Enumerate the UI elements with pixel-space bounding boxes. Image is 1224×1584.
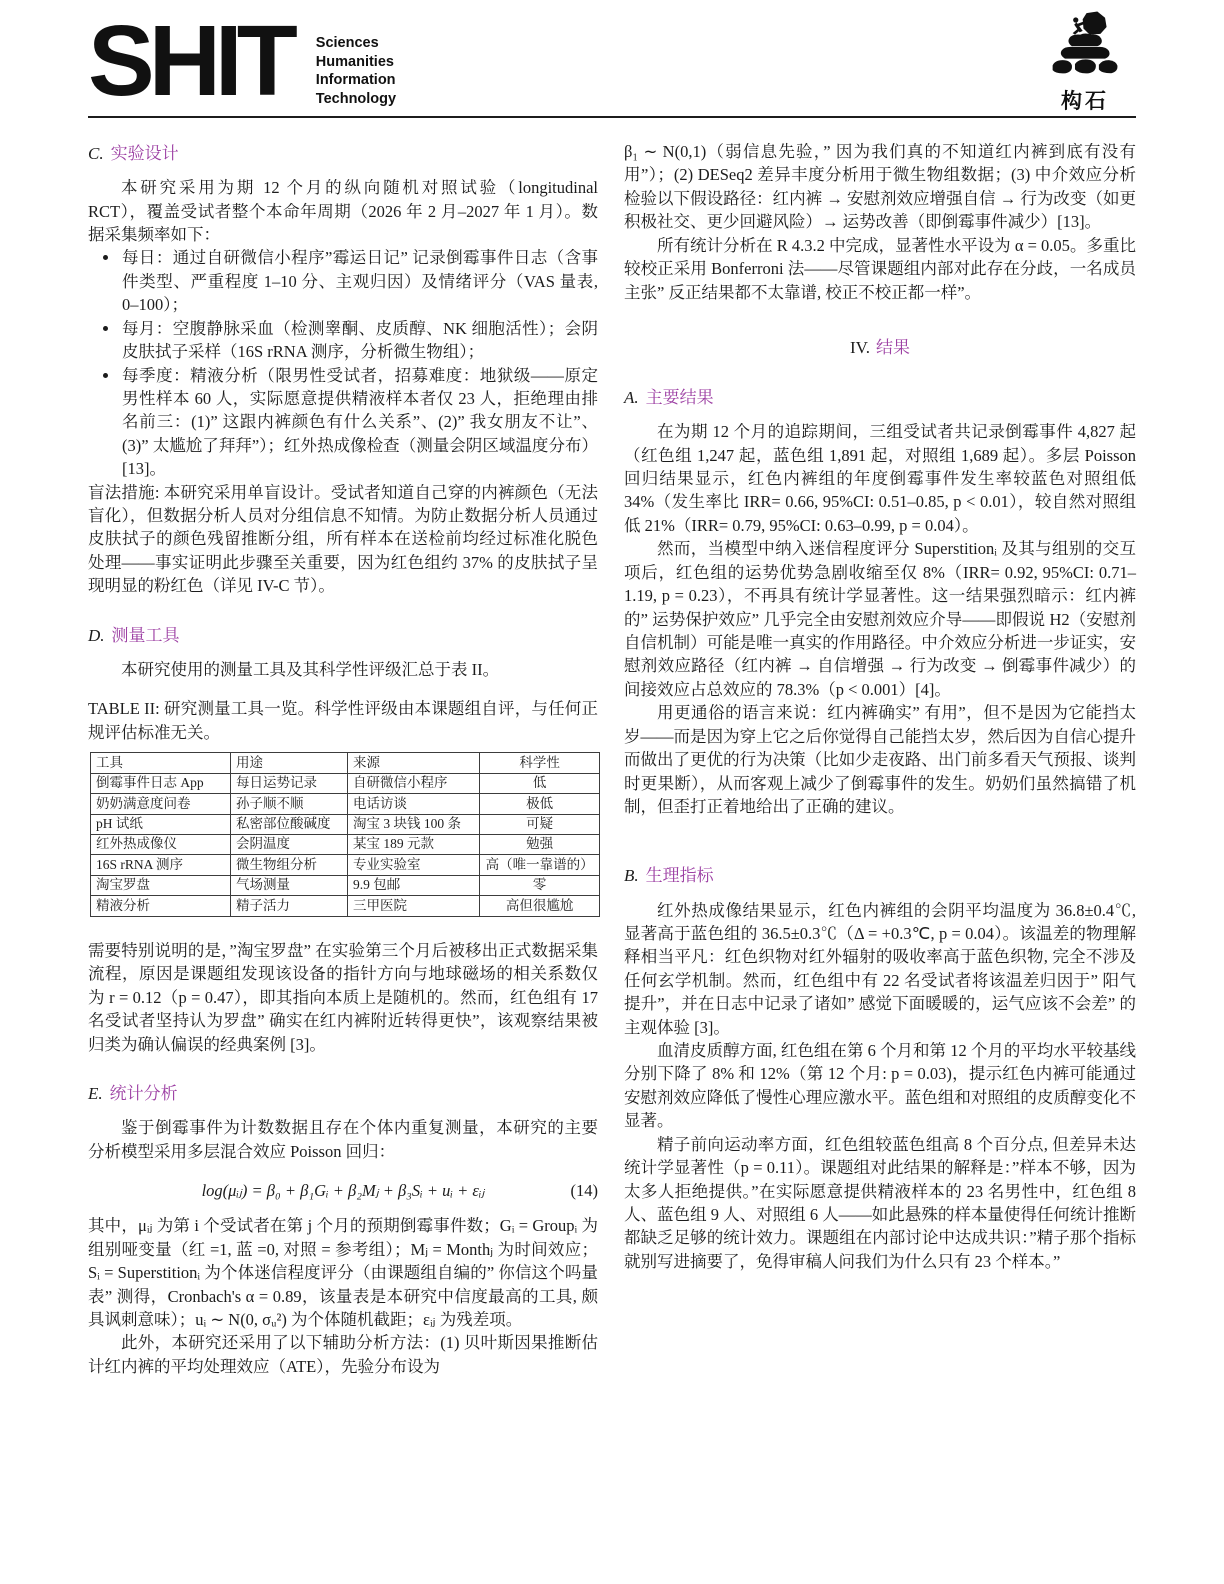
table-cell: 私密部位酸碱度 — [230, 814, 347, 834]
table-cell: 气场测量 — [230, 875, 347, 895]
section-title: 实验设计 — [111, 144, 179, 163]
table-header: 用途 — [230, 753, 347, 773]
list-item: 每月：空腹静脉采血（检测睾酮、皮质醇、NK 细胞活性）；会阴皮肤拭子采样（16S… — [120, 317, 598, 364]
table-cell: 16S rRNA 测序 — [91, 855, 231, 875]
para-measurement-tools: 本研究使用的测量工具及其科学性评级汇总于表 II。 — [88, 658, 598, 681]
table-row: 16S rRNA 测序 微生物组分析 专业实验室 高（唯一靠谱的） — [91, 855, 600, 875]
journal-subtitle: Sciences Humanities Information Technolo… — [316, 34, 396, 108]
table-cell: 淘宝 3 块钱 100 条 — [348, 814, 480, 834]
table-cell: 精液分析 — [91, 896, 231, 916]
chapter-title: 结果 — [876, 338, 910, 357]
table-row: 淘宝罗盘 气场测量 9.9 包邮 零 — [91, 875, 600, 895]
chapter-label: IV. — [850, 338, 870, 357]
table-cell: 倒霉事件日志 App — [91, 773, 231, 793]
journal-masthead: SHIT Sciences Humanities Information Tec… — [88, 18, 396, 108]
table-row: 红外热成像仪 会阴温度 某宝 189 元款 勉强 — [91, 834, 600, 854]
section-title: 测量工具 — [112, 626, 180, 645]
paper-page: SHIT Sciences Humanities Information Tec… — [0, 0, 1224, 1584]
para-blinding: 盲法措施: 本研究采用单盲设计。受试者知道自己穿的内裤颜色（无法盲化），但数据分… — [88, 481, 598, 598]
list-item: 每季度：精液分析（限男性受试者，招募难度：地狱级——原定男性样本 60 人，实际… — [120, 364, 598, 481]
table-cell: 某宝 189 元款 — [348, 834, 480, 854]
table-row: pH 试纸 私密部位酸碱度 淘宝 3 块钱 100 条 可疑 — [91, 814, 600, 834]
para-auxiliary-methods: 此外，本研究还采用了以下辅助分析方法：(1) 贝叶斯因果推断估计红内裤的平均处理… — [88, 1331, 598, 1378]
para-physio-1: 红外热成像结果显示，红色内裤组的会阴平均温度为 36.8±0.4℃, 显著高于蓝… — [624, 899, 1136, 1040]
table2-caption: TABLE II: 研究测量工具一览。科学性评级由本课题组自评，与任何正规评估标… — [88, 697, 598, 744]
subtitle-line: Technology — [316, 90, 396, 109]
table-cell: 专业实验室 — [348, 855, 480, 875]
section-heading-b: B.生理指标 — [624, 864, 1136, 888]
subtitle-line: Sciences — [316, 34, 396, 53]
subtitle-line: Information — [316, 71, 396, 90]
para-main-results-1: 在为期 12 个月的追踪期间，三组受试者共记录倒霉事件 4,827 起（红色组 … — [624, 420, 1136, 537]
table-cell: 零 — [480, 875, 600, 895]
para-main-results-3: 用更通俗的语言来说：红内裤确实” 有用”，但不是因为它能挡太岁——而是因为穿上它… — [624, 701, 1136, 818]
table-cell: 电话访谈 — [348, 794, 480, 814]
table-header: 科学性 — [480, 753, 600, 773]
table-cell: 会阴温度 — [230, 834, 347, 854]
journal-logo-text: SHIT — [88, 18, 292, 104]
section-heading-d: D.测量工具 — [88, 624, 598, 648]
para-experiment-design: 本研究采用为期 12 个月的纵向随机对照试验（longitudinal RCT）… — [88, 176, 598, 246]
table-header: 工具 — [91, 753, 231, 773]
subtitle-line: Humanities — [316, 53, 396, 72]
chapter-heading-results: IV.结果 — [624, 336, 1136, 360]
table-cell: 可疑 — [480, 814, 600, 834]
section-label: A. — [624, 388, 639, 407]
poisson-regression-equation: log(μᵢⱼ) = β₀ + β₁Gᵢ + β₂Mⱼ + β₃Sᵢ + uᵢ … — [88, 1179, 598, 1202]
para-model-terms: 其中，μᵢⱼ 为第 i 个受试者在第 j 个月的预期倒霉事件数；Gᵢ = Gro… — [88, 1214, 598, 1331]
para-physio-3: 精子前向运动率方面，红色组较蓝色组高 8 个百分点, 但差异未达统计学显著性（p… — [624, 1133, 1136, 1274]
table-cell: 微生物组分析 — [230, 855, 347, 875]
table-cell: 每日运势记录 — [230, 773, 347, 793]
table-cell: 红外热成像仪 — [91, 834, 231, 854]
para-stats-intro: 鉴于倒霉事件为计数数据且存在个体内重复测量，本研究的主要分析模型采用多层混合效应… — [88, 1116, 598, 1163]
left-column: C.实验设计 本研究采用为期 12 个月的纵向随机对照试验（longitudin… — [88, 140, 598, 1378]
section-heading-a: A.主要结果 — [624, 386, 1136, 410]
section-title: 统计分析 — [110, 1084, 178, 1103]
para-physio-2: 血清皮质醇方面, 红色组在第 6 个月和第 12 个月的平均水平较基线分别下降了… — [624, 1039, 1136, 1133]
section-label: E. — [88, 1084, 103, 1103]
data-collection-list: 每日：通过自研微信小程序”霉运日记” 记录倒霉事件日志（含事件类型、严重程度 1… — [88, 246, 598, 480]
table-row: 倒霉事件日志 App 每日运势记录 自研微信小程序 低 — [91, 773, 600, 793]
table-header-row: 工具 用途 来源 科学性 — [91, 753, 600, 773]
para-prior-continued: β₁ ∼ N(0,1)（弱信息先验，” 因为我们真的不知道红内裤到底有没有用”）… — [624, 140, 1136, 234]
table-cell: 极低 — [480, 794, 600, 814]
table-cell: 高（唯一靠谱的） — [480, 855, 600, 875]
measurement-tools-table: 工具 用途 来源 科学性 倒霉事件日志 App 每日运势记录 自研微信小程序 低… — [90, 752, 600, 917]
table-cell: 自研微信小程序 — [348, 773, 480, 793]
table-cell: pH 试纸 — [91, 814, 231, 834]
table-row: 奶奶满意度问卷 孙子顺不顺 电话访谈 极低 — [91, 794, 600, 814]
publisher-name: 构石 — [1030, 85, 1140, 115]
table-cell: 高但很尴尬 — [480, 896, 600, 916]
section-title: 主要结果 — [646, 388, 714, 407]
table-cell: 淘宝罗盘 — [91, 875, 231, 895]
section-label: B. — [624, 866, 639, 885]
section-title: 生理指标 — [646, 866, 714, 885]
table-cell: 勉强 — [480, 834, 600, 854]
table-row: 精液分析 精子活力 三甲医院 高但很尴尬 — [91, 896, 600, 916]
header-rule — [88, 116, 1136, 118]
table-header: 来源 — [348, 753, 480, 773]
list-item: 每日：通过自研微信小程序”霉运日记” 记录倒霉事件日志（含事件类型、严重程度 1… — [120, 246, 598, 316]
table-cell: 低 — [480, 773, 600, 793]
table-cell: 精子活力 — [230, 896, 347, 916]
equation-number: (14) — [571, 1179, 599, 1202]
table-cell: 三甲医院 — [348, 896, 480, 916]
table-cell: 奶奶满意度问卷 — [91, 794, 231, 814]
section-label: D. — [88, 626, 105, 645]
section-label: C. — [88, 144, 104, 163]
section-heading-c: C.实验设计 — [88, 142, 598, 166]
right-column: β₁ ∼ N(0,1)（弱信息先验，” 因为我们真的不知道红内裤到底有没有用”）… — [624, 140, 1136, 1273]
section-heading-e: E.统计分析 — [88, 1082, 598, 1106]
rock-pile-sisyphus-icon — [1046, 10, 1124, 84]
table-cell: 孙子顺不顺 — [230, 794, 347, 814]
publisher-mark: 构石 — [1030, 10, 1140, 115]
para-software: 所有统计分析在 R 4.3.2 中完成，显著性水平设为 α = 0.05。多重比… — [624, 234, 1136, 304]
para-main-results-2: 然而，当模型中纳入迷信程度评分 Superstitionᵢ 及其与组别的交互项后… — [624, 537, 1136, 701]
table-cell: 9.9 包邮 — [348, 875, 480, 895]
para-compass-note: 需要特别说明的是，”淘宝罗盘” 在实验第三个月后被移出正式数据采集流程，原因是课… — [88, 939, 598, 1056]
equation-body: log(μᵢⱼ) = β₀ + β₁Gᵢ + β₂Mⱼ + β₃Sᵢ + uᵢ … — [202, 1181, 485, 1200]
